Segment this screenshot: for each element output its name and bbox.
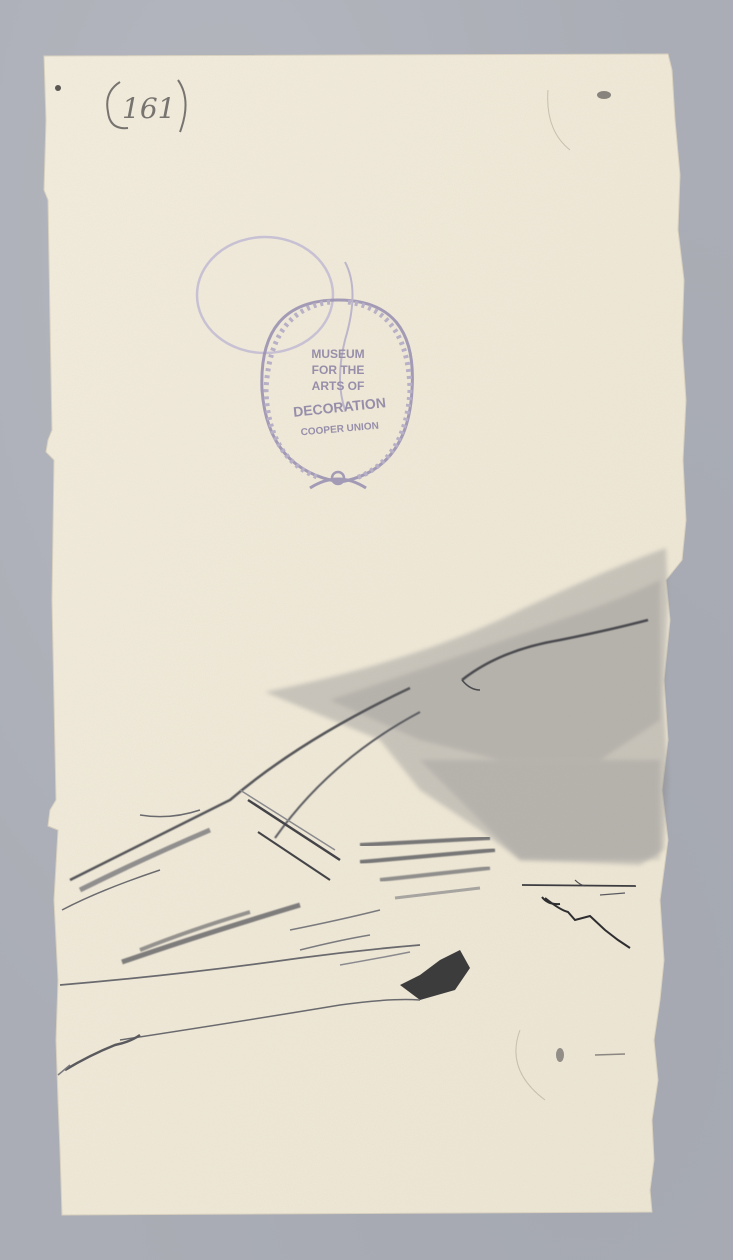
inventory-number: 161 xyxy=(122,92,175,125)
paper-sheet: 161 MUSEUM FOR THE ARTS OF DECORATION CO… xyxy=(0,0,733,1260)
svg-text:FOR THE: FOR THE xyxy=(312,363,365,377)
svg-text:ARTS OF: ARTS OF xyxy=(312,379,365,393)
svg-text:MUSEUM: MUSEUM xyxy=(311,347,364,361)
